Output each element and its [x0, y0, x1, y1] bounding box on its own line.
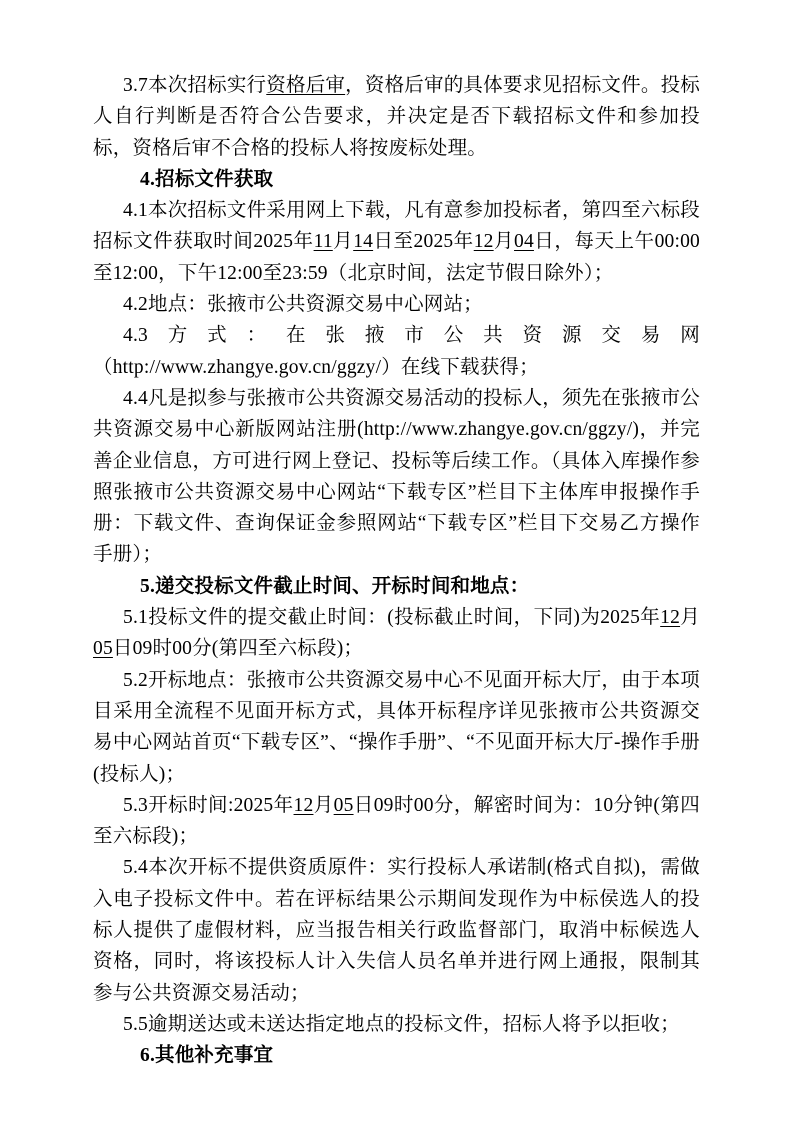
- text-run: 日09时00分(第四至六标段)；: [113, 638, 363, 659]
- text-run: 5.4本次开标不提供资质原件：实行投标人承诺制(格式自拟)，需做入电子投标文件中…: [93, 857, 700, 1003]
- section-heading: 6.其他补充事宜: [93, 1040, 700, 1071]
- underlined-text: 12: [660, 607, 680, 628]
- text-run: 5.3开标时间:2025年: [123, 795, 294, 816]
- text-run: 月: [680, 607, 700, 628]
- underlined-text: 12: [294, 795, 314, 816]
- text-run: 4.2地点：张掖市公共资源交易中心网站；: [123, 294, 483, 315]
- paragraph: 5.1投标文件的提交截止时间：(投标截止时间，下同)为2025年12月05日09…: [93, 602, 700, 665]
- document-body: 3.7本次招标实行资格后审，资格后审的具体要求见招标文件。投标人自行判断是否符合…: [93, 70, 700, 1072]
- paragraph: 4.1本次招标文件采用网上下载，凡有意参加投标者，第四至六标段招标文件获取时间2…: [93, 195, 700, 289]
- underlined-text: 资格后审: [266, 75, 345, 96]
- paragraph: 5.4本次开标不提供资质原件：实行投标人承诺制(格式自拟)，需做入电子投标文件中…: [93, 852, 700, 1008]
- text-run: 3.7本次招标实行: [123, 75, 266, 96]
- section-heading: 5.递交投标文件截止时间、开标时间和地点：: [93, 571, 700, 602]
- text-run: 月: [313, 795, 333, 816]
- text-run: 5.2开标地点：张掖市公共资源交易中心不见面开标大厅，由于本项目采用全流程不见面…: [93, 670, 700, 785]
- text-run: 月: [333, 231, 353, 252]
- underlined-text: 04: [514, 231, 534, 252]
- underlined-text: 05: [334, 795, 354, 816]
- underlined-text: 11: [314, 231, 333, 252]
- text-run: 5.递交投标文件截止时间、开标时间和地点：: [140, 576, 529, 597]
- text-run: 6.其他补充事宜: [140, 1045, 273, 1066]
- text-run: 日至2025年: [373, 231, 474, 252]
- section-heading: 4.招标文件获取: [93, 164, 700, 195]
- underlined-text: 14: [353, 231, 373, 252]
- text-run: 5.1投标文件的提交截止时间：(投标截止时间，下同)为2025年: [123, 607, 660, 628]
- paragraph: 4.2地点：张掖市公共资源交易中心网站；: [93, 289, 700, 320]
- paragraph: 4.3方式：在张掖市公共资源交易网（http://www.zhangye.gov…: [93, 320, 700, 383]
- paragraph: 3.7本次招标实行资格后审，资格后审的具体要求见招标文件。投标人自行判断是否符合…: [93, 70, 700, 164]
- text-run: 5.5逾期送达或未送达指定地点的投标文件，招标人将予以拒收；: [123, 1014, 680, 1035]
- paragraph: 4.4凡是拟参与张掖市公共资源交易活动的投标人，须先在张掖市公共资源交易中心新版…: [93, 383, 700, 571]
- text-run: 4.招标文件获取: [140, 169, 273, 190]
- paragraph: 5.2开标地点：张掖市公共资源交易中心不见面开标大厅，由于本项目采用全流程不见面…: [93, 665, 700, 790]
- underlined-text: 12: [474, 231, 494, 252]
- underlined-text: 05: [93, 638, 113, 659]
- paragraph: 5.3开标时间:2025年12月05日09时00分，解密时间为：10分钟(第四至…: [93, 790, 700, 853]
- text-run: 4.3方式：在张掖市公共资源交易网（http://www.zhangye.gov…: [93, 325, 700, 377]
- text-run: 月: [494, 231, 514, 252]
- paragraph: 5.5逾期送达或未送达指定地点的投标文件，招标人将予以拒收；: [93, 1009, 700, 1040]
- document-page: 3.7本次招标实行资格后审，资格后审的具体要求见招标文件。投标人自行判断是否符合…: [0, 0, 793, 1122]
- text-run: 4.4凡是拟参与张掖市公共资源交易活动的投标人，须先在张掖市公共资源交易中心新版…: [93, 388, 700, 565]
